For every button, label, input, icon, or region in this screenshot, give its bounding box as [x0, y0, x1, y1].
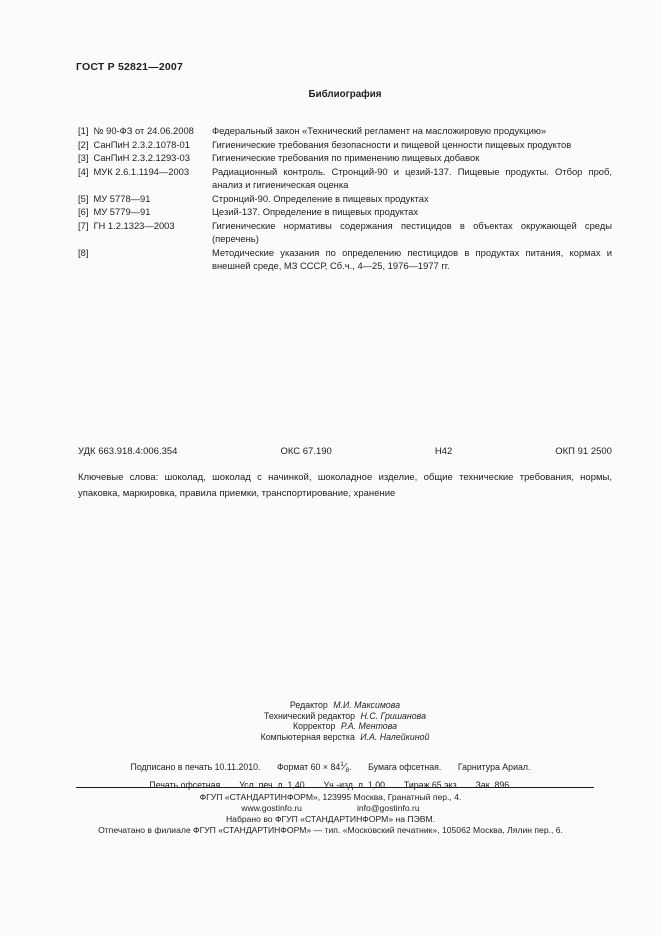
print-info-line-2: Печать офсетная. Усл. печ. л. 1,40. Уч.-… — [60, 778, 601, 792]
entry-text: Гигиенические нормативы содержания пести… — [212, 219, 612, 246]
ref-number: [8] — [78, 247, 88, 258]
ref-code: № 90-ФЗ от 24.06.2008 — [93, 125, 193, 136]
ref-number: [2] — [78, 139, 88, 150]
signed-date: Подписано в печать 10.11.2010. — [131, 762, 261, 772]
entry-ref: [3]СанПиН 2.3.2.1293-03 — [78, 151, 212, 165]
horizontal-divider — [76, 787, 594, 788]
doc-code: ГОСТ Р 52821—2007 — [76, 61, 183, 73]
staff-line: Технический редактор Н.С. Гришанова — [78, 711, 612, 722]
entry-ref: [7]ГН 1.2.1323—2003 — [78, 219, 212, 246]
ref-number: [4] — [78, 166, 88, 177]
staff-role: Технический редактор — [264, 711, 355, 721]
entry-text: Методические указания по определению пес… — [212, 246, 612, 273]
bibliography-entry: [5]МУ 5778—91 Стронций-90. Определение в… — [78, 192, 612, 206]
typeset-line: Набрано во ФГУП «СТАНДАРТИНФОРМ» на ПЭВМ… — [50, 814, 611, 825]
imprint-block: ФГУП «СТАНДАРТИНФОРМ», 123995 Москва, Гр… — [50, 792, 611, 836]
staff-role: Корректор — [293, 721, 335, 731]
ref-number: [1] — [78, 125, 88, 136]
entry-ref: [1]№ 90-ФЗ от 24.06.2008 — [78, 124, 212, 138]
entry-text: Федеральный закон «Технический регламент… — [212, 124, 612, 138]
okp-code: ОКП 91 2500 — [555, 446, 612, 457]
group-code: Н42 — [435, 446, 452, 457]
typeface-name: Гарнитура Ариал. — [458, 762, 531, 772]
entry-ref: [6]МУ 5779—91 — [78, 205, 212, 219]
classification-row: УДК 663.918.4:006.354 ОКС 67.190 Н42 ОКП… — [78, 446, 612, 457]
bibliography-entry: [2]СанПиН 2.3.2.1078-01 Гигиенические тр… — [78, 138, 612, 152]
ref-code: МУК 2.6.1.1194—2003 — [93, 166, 189, 177]
contacts-line: www.gostinfo.ruinfo@gostinfo.ru — [50, 803, 611, 814]
ref-code: МУ 5779—91 — [93, 206, 150, 217]
order-number: Зак. 896. — [476, 780, 512, 790]
oks-code: ОКС 67.190 — [280, 446, 331, 457]
format-period: . — [349, 762, 351, 772]
bibliography-entry: [7]ГН 1.2.1323—2003 Гигиенические нормат… — [78, 219, 612, 246]
paper-type: Бумага офсетная. — [368, 762, 441, 772]
bibliography-entry: [1]№ 90-ФЗ от 24.06.2008 Федеральный зак… — [78, 124, 612, 138]
staff-name: Р.А. Ментова — [341, 721, 397, 731]
staff-name: Н.С. Гришанова — [361, 711, 426, 721]
staff-name: И.А. Налейкиной — [360, 732, 429, 742]
bibliography-list: [1]№ 90-ФЗ от 24.06.2008 Федеральный зак… — [78, 124, 612, 273]
udk-code: УДК 663.918.4:006.354 — [78, 446, 177, 457]
bibliography-entry: [8] Методические указания по определению… — [78, 246, 612, 273]
staff-line: Компьютерная верстка И.А. Налейкиной — [78, 732, 612, 743]
printed-at-line: Отпечатано в филиале ФГУП «СТАНДАРТИНФОР… — [50, 825, 611, 836]
staff-line: Корректор Р.А. Ментова — [78, 721, 612, 732]
print-info-line-1: Подписано в печать 10.11.2010. Формат 60… — [60, 758, 601, 778]
staff-line: Редактор М.И. Максимова — [78, 700, 612, 711]
entry-ref: [8] — [78, 246, 212, 273]
paper-format: Формат 60 × 841⁄8. — [277, 762, 352, 772]
ref-code: СанПиН 2.3.2.1078-01 — [93, 139, 189, 150]
print-run: Тираж 65 экз. — [404, 780, 459, 790]
entry-text: Цезий-137. Определение в пищевых продукт… — [212, 205, 612, 219]
entry-text: Радиационный контроль. Стронций-90 и цез… — [212, 165, 612, 192]
website-url: www.gostinfo.ru — [241, 803, 302, 813]
ref-number: [7] — [78, 220, 88, 231]
entry-text: Стронций-90. Определение в пищевых проду… — [212, 192, 612, 206]
bibliography-entry: [4]МУК 2.6.1.1194—2003 Радиационный конт… — [78, 165, 612, 192]
entry-ref: [4]МУК 2.6.1.1194—2003 — [78, 165, 212, 192]
email-address: info@gostinfo.ru — [357, 803, 420, 813]
bibliography-entry: [6]МУ 5779—91 Цезий-137. Определение в п… — [78, 205, 612, 219]
bibliography-entry: [3]СанПиН 2.3.2.1293-03 Гигиенические тр… — [78, 151, 612, 165]
document-page: ГОСТ Р 52821—2007 Библиография [1]№ 90-Ф… — [0, 0, 661, 936]
staff-role: Редактор — [290, 700, 328, 710]
entry-ref: [2]СанПиН 2.3.2.1078-01 — [78, 138, 212, 152]
staff-name: М.И. Максимова — [333, 700, 400, 710]
ref-number: [3] — [78, 152, 88, 163]
entry-text: Гигиенические требования безопасности и … — [212, 138, 612, 152]
staff-role: Компьютерная верстка — [261, 732, 355, 742]
ref-number: [5] — [78, 193, 88, 204]
entry-ref: [5]МУ 5778—91 — [78, 192, 212, 206]
entry-text: Гигиенические требования по применению п… — [212, 151, 612, 165]
keywords-paragraph: Ключевые слова: шоколад, шоколад с начин… — [78, 470, 612, 502]
section-title: Библиография — [78, 89, 612, 100]
print-method: Печать офсетная. — [149, 780, 222, 790]
publisher-address: ФГУП «СТАНДАРТИНФОРМ», 123995 Москва, Гр… — [50, 792, 611, 803]
publisher-sheets: Уч.-изд. л. 1,00. — [324, 780, 388, 790]
ref-code: ГН 1.2.1323—2003 — [93, 220, 174, 231]
ref-number: [6] — [78, 206, 88, 217]
conventional-sheets: Усл. печ. л. 1,40. — [239, 780, 307, 790]
staff-block: Редактор М.И. Максимова Технический реда… — [78, 700, 612, 743]
ref-code: МУ 5778—91 — [93, 193, 150, 204]
ref-code: СанПиН 2.3.2.1293-03 — [93, 152, 189, 163]
